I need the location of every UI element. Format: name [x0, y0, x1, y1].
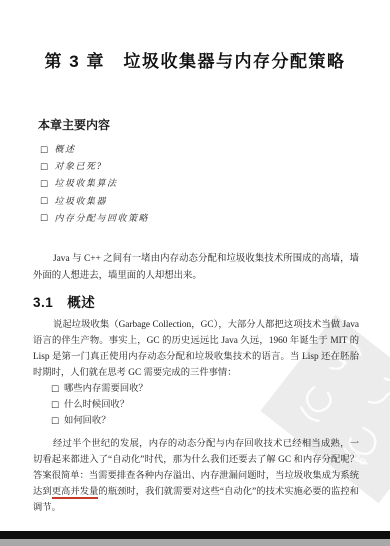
- toc-item-label: 概述: [55, 144, 76, 154]
- toc-heading: 本章主要内容: [38, 118, 360, 133]
- gc-question-list: □哪些内存需要回收？ □什么时候回收？ □如何回收？: [51, 381, 390, 429]
- question-label: 如何回收？: [64, 416, 111, 426]
- toc-item-label: 内存分配与回收策略: [55, 213, 150, 223]
- red-underlined-phrase: 更高并发量: [52, 487, 99, 499]
- checkbox-square-icon: □: [51, 416, 59, 426]
- scan-bed-gray-strip: [0, 539, 390, 546]
- toc-item-label: 对象已死?: [55, 161, 103, 171]
- checkbox-square-icon: □: [40, 145, 50, 155]
- question-label: 什么时候回收？: [64, 400, 129, 410]
- list-item: □如何回收？: [51, 413, 390, 429]
- checkbox-square-icon: □: [51, 384, 59, 394]
- page-content: 第 3 章 垃圾收集器与内存分配策略 本章主要内容 □概述 □对象已死? □垃圾…: [0, 50, 390, 516]
- paragraph: 经过半个世纪的发展，内存的动态分配与内存回收技术已经相当成熟，一切看起来都进入了…: [33, 436, 359, 516]
- chapter-toc: 本章主要内容 □概述 □对象已死? □垃圾收集算法 □垃圾收集器 □内存分配与回…: [38, 118, 360, 227]
- checkbox-square-icon: □: [51, 400, 59, 410]
- checkbox-square-icon: □: [40, 213, 50, 223]
- toc-item: □垃圾收集算法: [40, 175, 360, 192]
- checkbox-square-icon: □: [40, 196, 50, 206]
- checkbox-square-icon: □: [40, 179, 50, 189]
- list-item: □什么时候回收？: [51, 397, 390, 413]
- epigraph-quote: Java 与 C++ 之间有一堵由内存动态分配和垃圾收集技术所围成的高墙，墙外面…: [33, 251, 359, 285]
- toc-item: □垃圾收集器: [40, 193, 360, 210]
- toc-item: □概述: [40, 141, 360, 158]
- question-label: 哪些内存需要回收？: [64, 384, 148, 394]
- toc-item: □内存分配与回收策略: [40, 210, 360, 227]
- page-edge-black-strip: [0, 531, 390, 539]
- list-item: □哪些内存需要回收？: [51, 381, 390, 397]
- checkbox-square-icon: □: [40, 162, 50, 172]
- toc-item: □对象已死?: [40, 158, 360, 175]
- toc-list: □概述 □对象已死? □垃圾收集算法 □垃圾收集器 □内存分配与回收策略: [40, 141, 360, 227]
- toc-item-label: 垃圾收集器: [55, 196, 108, 206]
- toc-item-label: 垃圾收集算法: [55, 178, 118, 188]
- paragraph: 说起垃圾收集（Garbage Collection，GC），大部分人都把这项技术…: [33, 317, 359, 381]
- section-heading: 3.1 概述: [33, 295, 390, 310]
- book-page: OG 第 3 章 垃圾收集器与内存分配策略 本章主要内容 □概述 □对象已死? …: [0, 0, 390, 546]
- chapter-title: 第 3 章 垃圾收集器与内存分配策略: [10, 50, 380, 74]
